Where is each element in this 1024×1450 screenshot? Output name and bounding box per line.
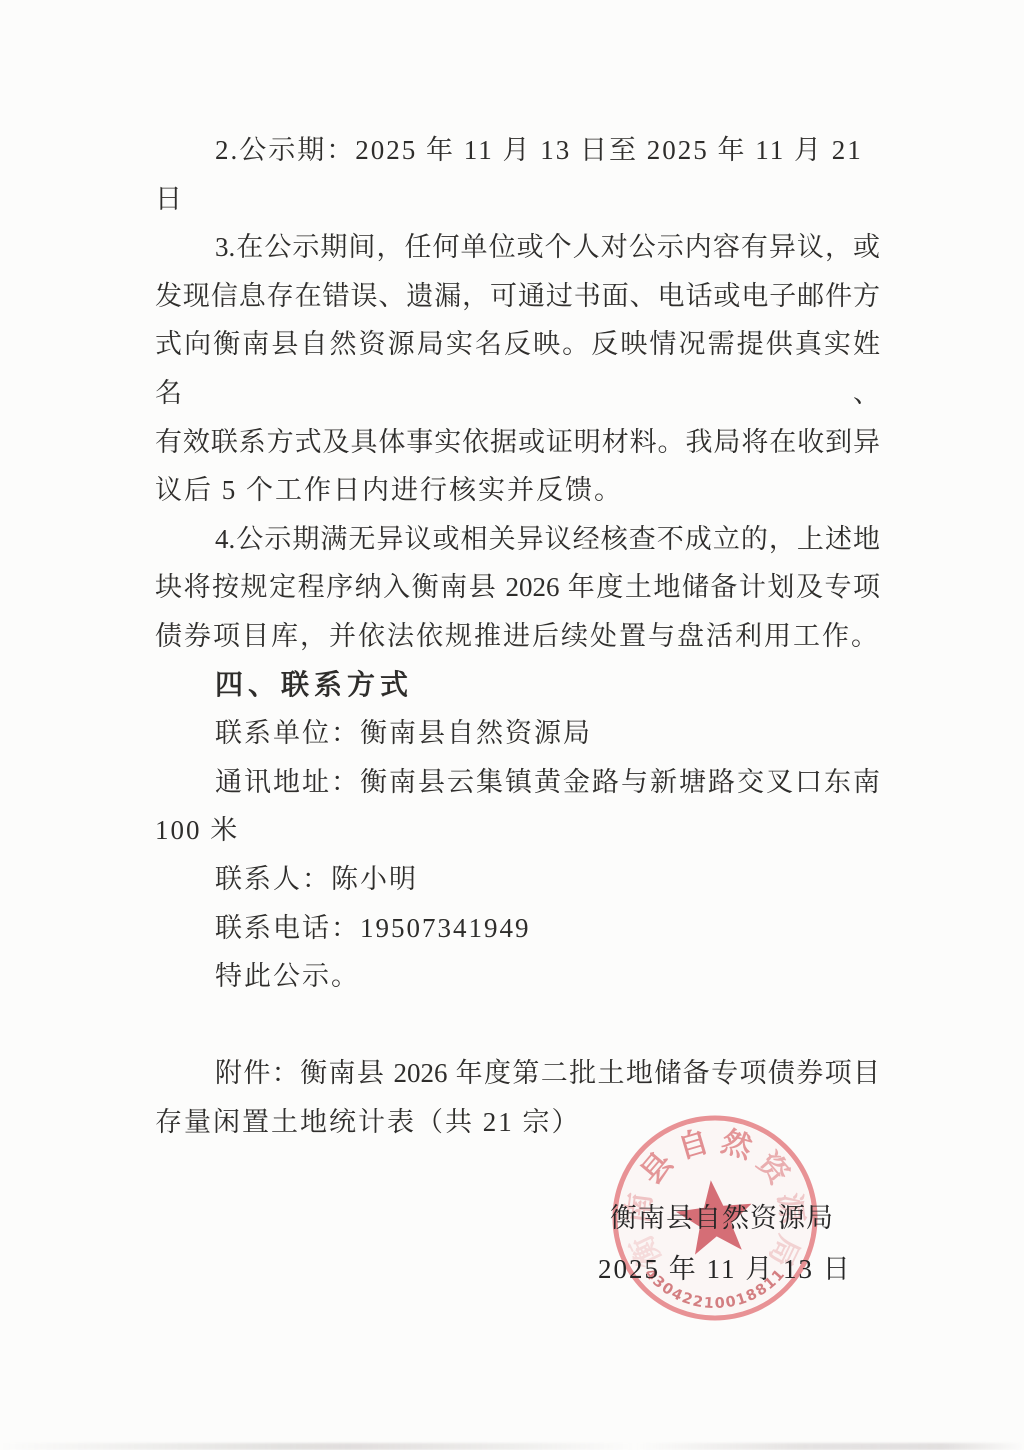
document-page: 2.公示期：2025 年 11 月 13 日至 2025 年 11 月 21 日… (0, 0, 1024, 1450)
text-line: 联系单位：衡南县自然资源局 (155, 709, 880, 758)
scan-smudge (0, 1443, 1024, 1450)
text-line: 通讯地址：衡南县云集镇黄金路与新塘路交叉口东南 (155, 758, 880, 807)
signature-date: 2025 年 11 月 13 日 (598, 1252, 852, 1286)
text-line: 式向衡南县自然资源局实名反映。反映情况需提供真实姓名、 (155, 320, 880, 417)
text-line: 附件：衡南县 2026 年度第二批土地储备专项债券项目 (155, 1049, 880, 1098)
notice-body: 2.公示期：2025 年 11 月 13 日至 2025 年 11 月 21 日… (155, 126, 880, 1146)
text-line: 3.在公示期间，任何单位或个人对公示内容有异议，或 (155, 223, 880, 272)
text-line: 4.公示期满无异议或相关异议经核查不成立的，上述地 (155, 515, 880, 564)
text-line: 联系电话：19507341949 (155, 904, 880, 953)
text-line: 特此公示。 (155, 952, 880, 1001)
text-line: 2.公示期：2025 年 11 月 13 日至 2025 年 11 月 21 日 (155, 126, 880, 223)
text-line: 100 米 (155, 806, 880, 855)
text-line: 联系人：陈小明 (155, 855, 880, 904)
text-line: 有效联系方式及具体事实依据或证明材料。我局将在收到异 (155, 418, 880, 467)
text-line: 议后 5 个工作日内进行核实并反馈。 (155, 466, 880, 515)
text-line: 块将按规定程序纳入衡南县 2026 年度土地储备计划及专项 (155, 563, 880, 612)
signature-org: 衡南县自然资源局 (610, 1201, 834, 1235)
blank-line (155, 1001, 880, 1050)
text-line: 债券项目库，并依法依规推进后续处置与盘活利用工作。 (155, 612, 880, 661)
section-heading: 四、联系方式 (155, 661, 880, 710)
text-line: 发现信息存在错误、遗漏，可通过书面、电话或电子邮件方 (155, 272, 880, 321)
